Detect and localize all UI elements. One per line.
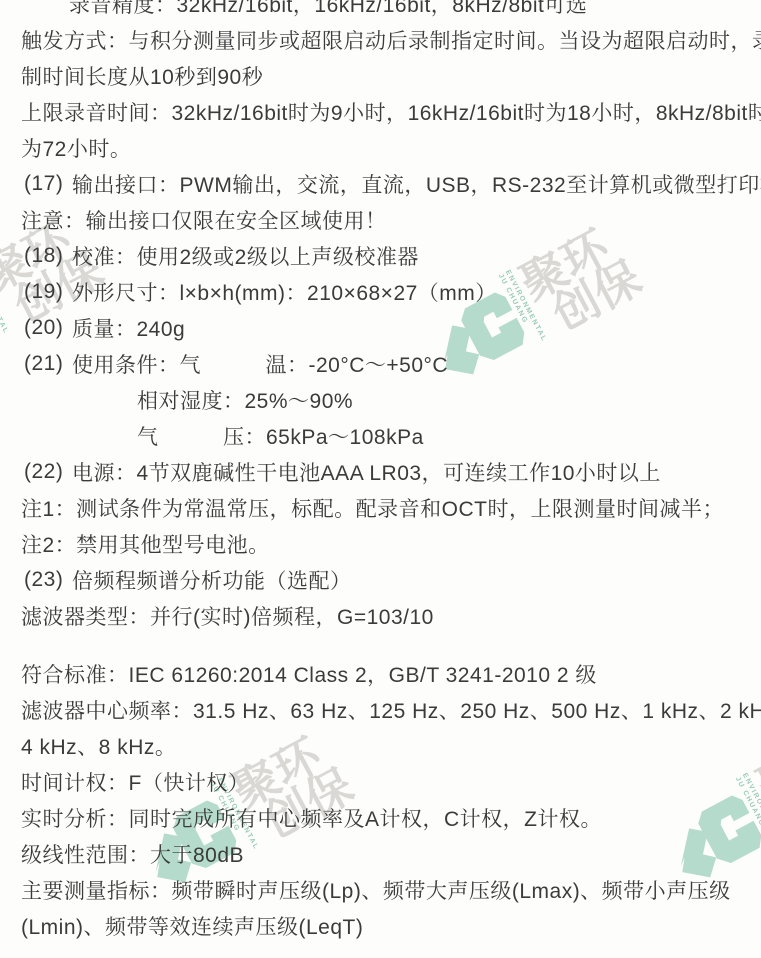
document-body: 录音精度：32kHz/16bit，16kHz/16bit，8kHz/8bit可选… [0, 0, 761, 944]
text-line: 级线性范围：大于80dB [0, 836, 761, 872]
text-line: 滤波器类型：并行(实时)倍频程，G=103/10 [0, 598, 761, 634]
text-line: 气 压：65kPa～108kPa [0, 418, 761, 454]
item-number: (20) [24, 316, 72, 340]
line-text: 注1：测试条件为常温常压，标配。配录音和OCT时，上限测量时间减半； [21, 493, 724, 523]
line-text: 触发方式：与积分测量同步或超限启动后录制指定时间。当设为超限启动时，录 [21, 25, 761, 55]
text-line: 制时间长度从10秒到90秒 [0, 58, 761, 94]
line-text: 注意：输出接口仅限在安全区域使用！ [21, 205, 387, 235]
line-text: 注2：禁用其他型号电池。 [21, 529, 270, 559]
line-text: 4 kHz、8 kHz。 [21, 731, 176, 761]
line-text: 时间计权：F（快计权） [21, 767, 249, 797]
line-text: 相对湿度：25%～90% [137, 385, 353, 415]
line-text: 录音精度：32kHz/16bit，16kHz/16bit，8kHz/8bit可选 [69, 0, 587, 19]
line-text: 为72小时。 [21, 133, 131, 163]
item-number: (18) [24, 244, 72, 268]
line-text: 滤波器类型：并行(实时)倍频程，G=103/10 [21, 601, 434, 631]
text-line: (21)使用条件：气 温：-20°C～+50°C [0, 346, 761, 382]
line-text: 级线性范围：大于80dB [21, 839, 244, 869]
line-text: 上限录音时间：32kHz/16bit时为9小时，16kHz/16bit时为18小… [21, 97, 761, 127]
line-text: 质量：240g [72, 313, 185, 343]
text-line: 为72小时。 [0, 130, 761, 166]
text-line: 符合标准：IEC 61260:2014 Class 2，GB/T 3241-20… [0, 656, 761, 692]
line-text: 滤波器中心频率：31.5 Hz、63 Hz、125 Hz、250 Hz、500 … [21, 695, 761, 725]
line-text: 倍频程频谱分析功能（选配） [72, 565, 352, 595]
text-line: 触发方式：与积分测量同步或超限启动后录制指定时间。当设为超限启动时，录 [0, 22, 761, 58]
item-number: (19) [24, 280, 72, 304]
text-line: 实时分析：同时完成所有中心频率及A计权，C计权，Z计权。 [0, 800, 761, 836]
line-text: 电源：4节双鹿碱性干电池AAA LR03，可连续工作10小时以上 [72, 457, 661, 487]
item-number: (17) [24, 172, 72, 196]
text-line: (20)质量：240g [0, 310, 761, 346]
item-number: (21) [24, 352, 72, 376]
line-text: 校准：使用2级或2级以上声级校准器 [72, 241, 419, 271]
text-line: (18)校准：使用2级或2级以上声级校准器 [0, 238, 761, 274]
line-text: 使用条件：气 温：-20°C～+50°C [72, 349, 448, 379]
line-text: 气 压：65kPa～108kPa [137, 421, 424, 451]
text-line: (Lmin)、频带等效连续声压级(LeqT) [0, 908, 761, 944]
text-line: 相对湿度：25%～90% [0, 382, 761, 418]
line-text: 符合标准：IEC 61260:2014 Class 2，GB/T 3241-20… [21, 659, 597, 689]
line-text: 外形尺寸：l×b×h(mm)：210×68×27（mm） [72, 277, 497, 307]
text-line: (17)输出接口：PWM输出，交流，直流，USB，RS-232至计算机或微型打印… [0, 166, 761, 202]
text-line: 时间计权：F（快计权） [0, 764, 761, 800]
text-line: (19)外形尺寸：l×b×h(mm)：210×68×27（mm） [0, 274, 761, 310]
line-text: 输出接口：PWM输出，交流，直流，USB，RS-232至计算机或微型打印机 [72, 169, 761, 199]
line-text: 制时间长度从10秒到90秒 [21, 61, 263, 91]
text-line: 注1：测试条件为常温常压，标配。配录音和OCT时，上限测量时间减半； [0, 490, 761, 526]
text-line: 注意：输出接口仅限在安全区域使用！ [0, 202, 761, 238]
text-line: 4 kHz、8 kHz。 [0, 728, 761, 764]
text-line: 录音精度：32kHz/16bit，16kHz/16bit，8kHz/8bit可选 [0, 0, 761, 22]
text-line: 上限录音时间：32kHz/16bit时为9小时，16kHz/16bit时为18小… [0, 94, 761, 130]
document-page: JU CHUANG ENVIRONMENTAL 聚环 创保 JU CHUANG … [0, 0, 761, 958]
line-text: 主要测量指标：频带瞬时声压级(Lp)、频带大声压级(Lmax)、频带小声压级 [21, 875, 731, 905]
text-line: 主要测量指标：频带瞬时声压级(Lp)、频带大声压级(Lmax)、频带小声压级 [0, 872, 761, 908]
text-line: 注2：禁用其他型号电池。 [0, 526, 761, 562]
item-number: (22) [24, 460, 72, 484]
line-text: 实时分析：同时完成所有中心频率及A计权，C计权，Z计权。 [21, 803, 602, 833]
text-line: 滤波器中心频率：31.5 Hz、63 Hz、125 Hz、250 Hz、500 … [0, 692, 761, 728]
text-line: (22)电源：4节双鹿碱性干电池AAA LR03，可连续工作10小时以上 [0, 454, 761, 490]
item-number: (23) [24, 568, 72, 592]
line-text: (Lmin)、频带等效连续声压级(LeqT) [21, 911, 363, 941]
text-line: (23)倍频程频谱分析功能（选配） [0, 562, 761, 598]
